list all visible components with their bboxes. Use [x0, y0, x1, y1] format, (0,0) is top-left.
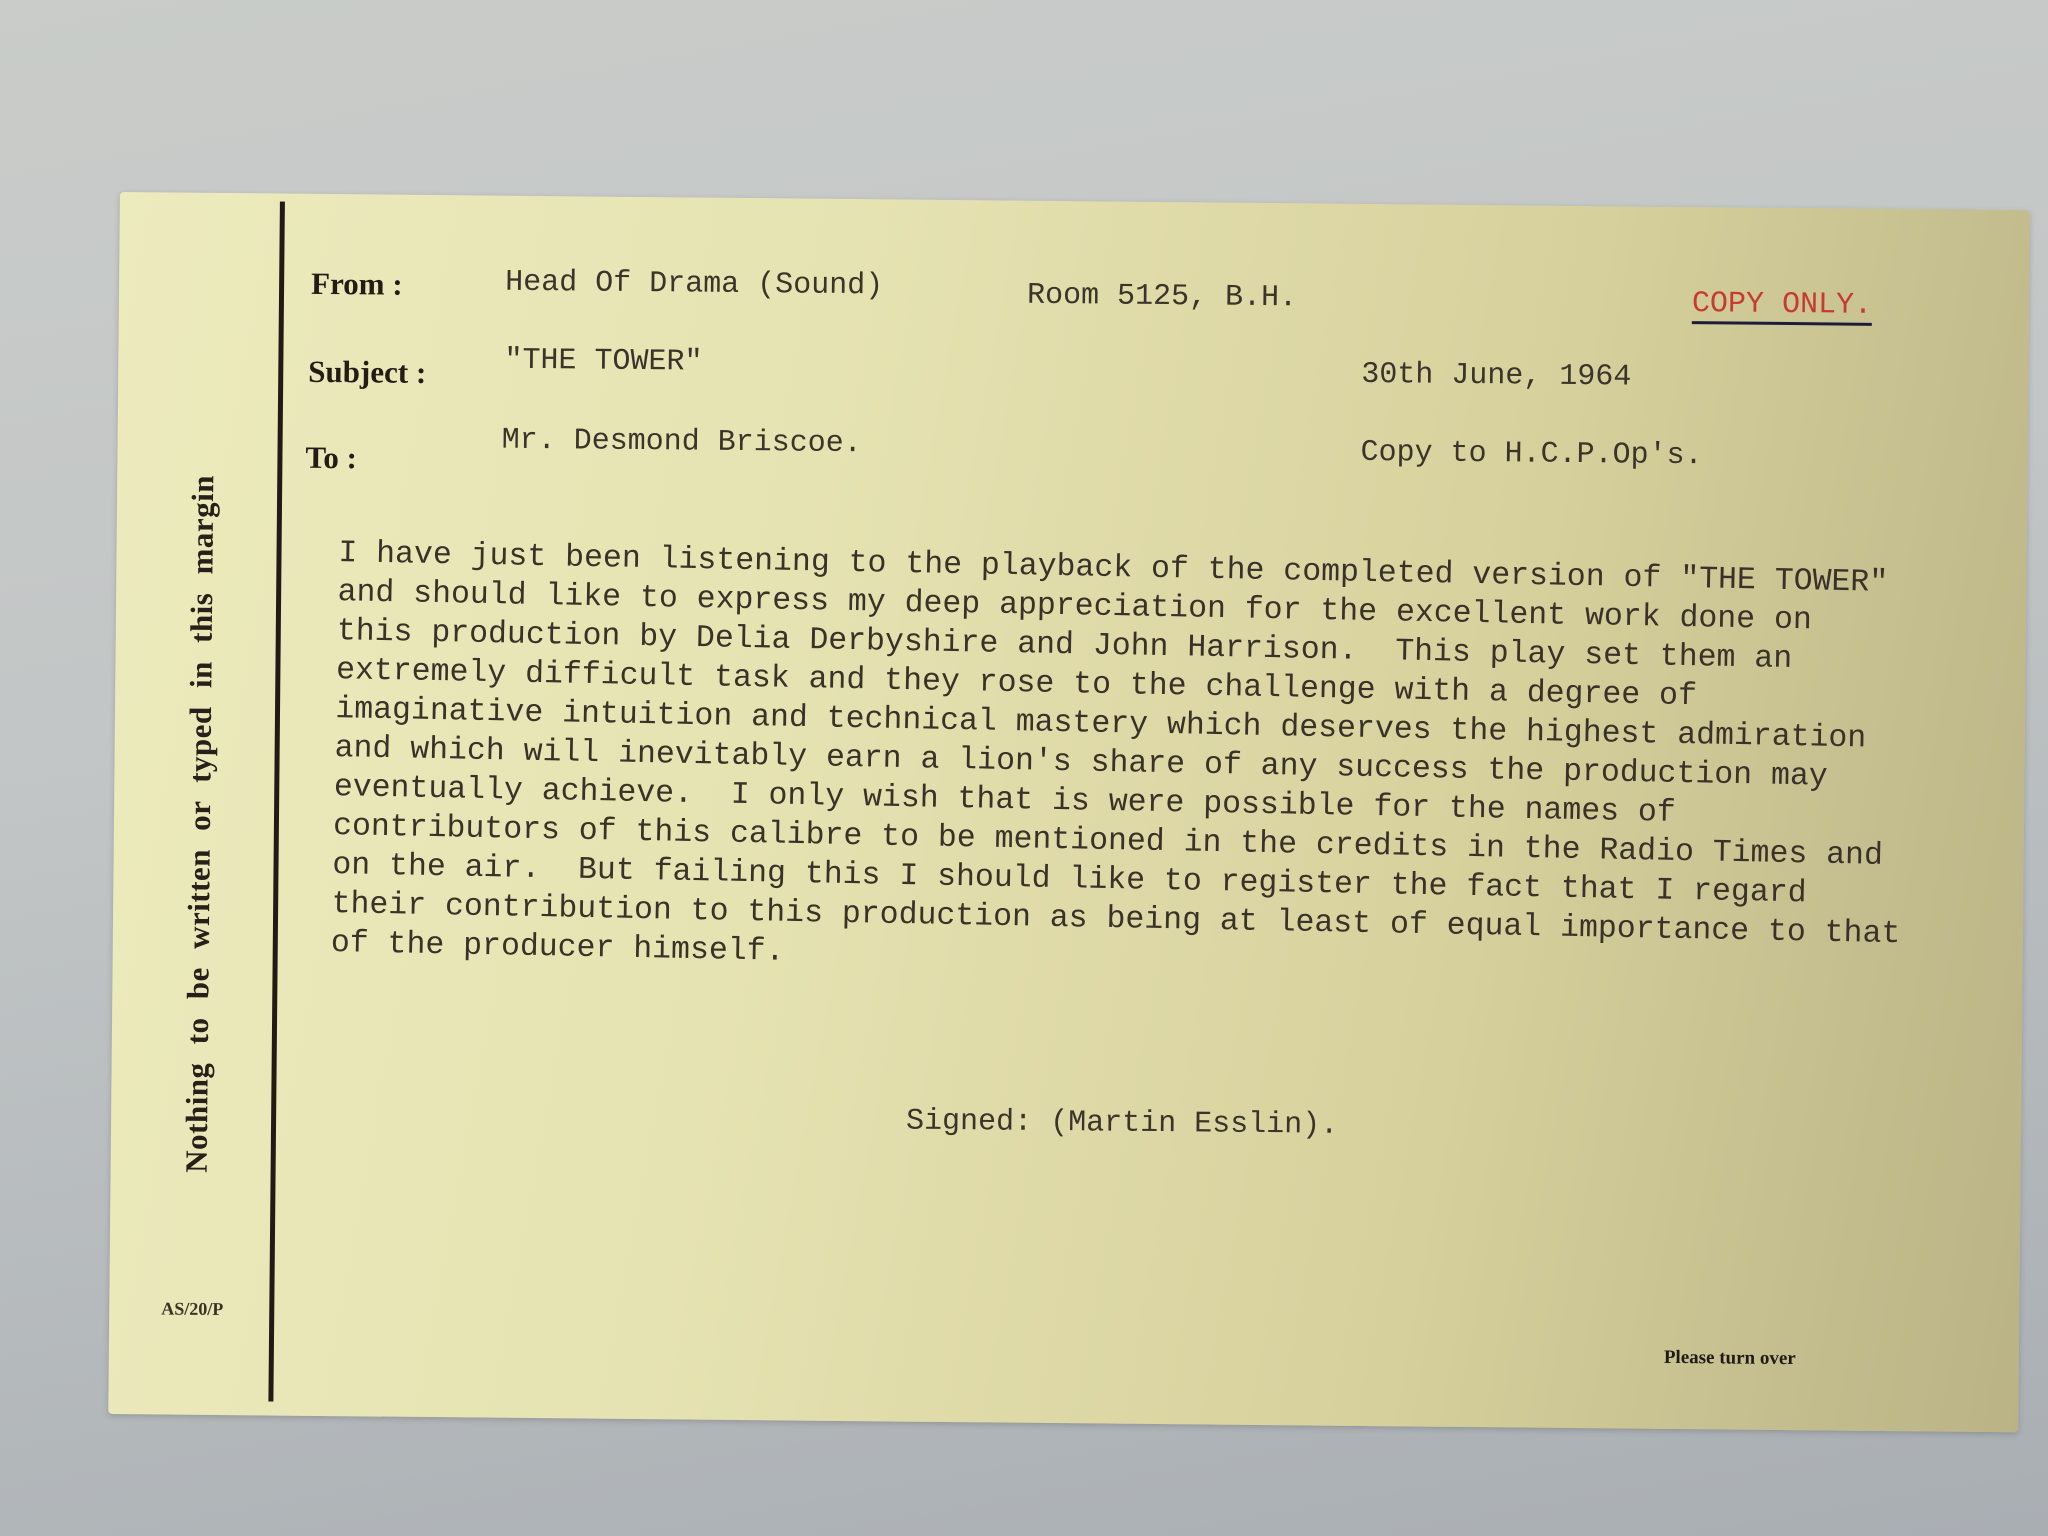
form-code: AS/20/P: [161, 1298, 223, 1320]
subject-value: "THE TOWER": [504, 344, 702, 380]
copy-only-stamp: COPY ONLY.: [1692, 287, 1872, 326]
room-value: Room 5125, B.H.: [1027, 279, 1297, 316]
turn-over-note: Please turn over: [1664, 1347, 1796, 1370]
to-label: To :: [305, 440, 357, 476]
memo-sheet: Nothing to be written or typed in this m…: [108, 192, 2030, 1432]
margin-rule: [268, 202, 285, 1402]
to-value: Mr. Desmond Briscoe.: [501, 424, 861, 461]
from-value: Head Of Drama (Sound): [505, 266, 883, 304]
from-label: From :: [311, 266, 403, 303]
subject-label: Subject :: [308, 354, 426, 391]
signature: Signed: (Martin Esslin).: [906, 1105, 1338, 1143]
margin-note: Nothing to be written or typed in this m…: [179, 475, 222, 1173]
date-value: 30th June, 1964: [1361, 358, 1631, 395]
copy-to-value: Copy to H.C.P.Op's.: [1360, 436, 1702, 473]
memo-body: I have just been listening to the playba…: [330, 534, 1978, 994]
